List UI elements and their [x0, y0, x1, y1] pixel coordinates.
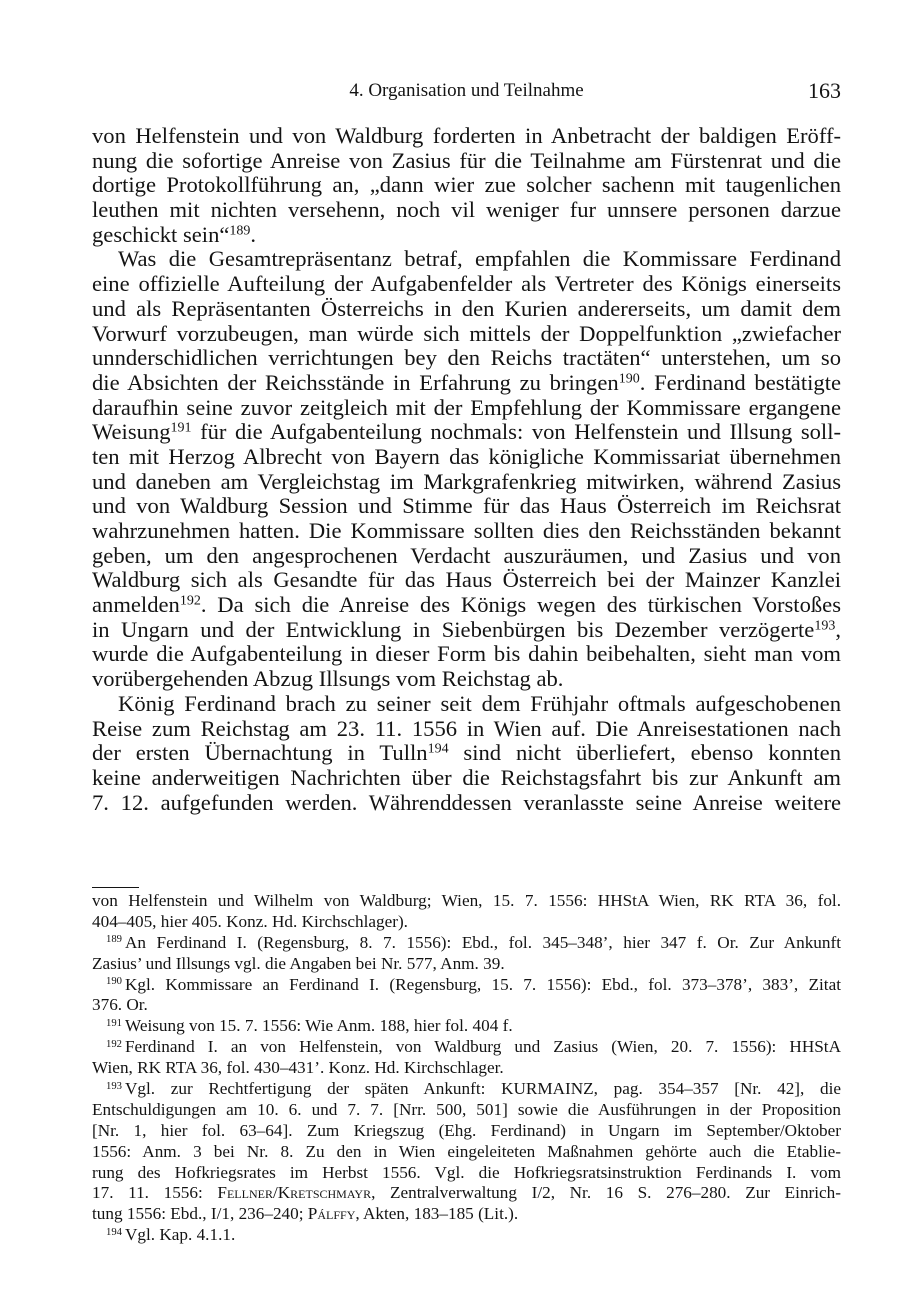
footnote-line-text: rung des Hofkriegsrates im Herbst 1556. … — [92, 1163, 841, 1182]
body-line-text: Weisung — [92, 419, 171, 444]
footnote-reference[interactable]: 192 — [180, 593, 201, 608]
body-line-text: in Ungarn und der Entwicklung in Siebenb… — [92, 617, 814, 642]
body-line: geschickt sein“189. — [92, 223, 841, 248]
body-line-text: keine anderweitigen Nachrichten über die… — [92, 765, 841, 790]
body-line-text-cont: . Da sich die Anreise des Königs wegen d… — [201, 592, 841, 617]
body-line-text: Waldburg sich als Gesandte für das Haus … — [92, 567, 841, 592]
body-line: unnderschidlichen verrichtungen bey den … — [92, 346, 841, 371]
body-line-text: die Absichten der Reichsstände in Erfahr… — [92, 370, 619, 395]
footnote-line: Zasius’ und Illsungs vgl. die Angaben be… — [92, 954, 841, 975]
footnote-line-text: [Nr. 1, hier fol. 63–64]. Zum Kriegszug … — [92, 1121, 841, 1140]
body-line: nung die sofortige Anreise von Zasius fü… — [92, 149, 841, 174]
body-line-text: und daneben am Vergleichstag im Markgraf… — [92, 469, 841, 494]
footnote-line-text: von Helfenstein und Wilhelm von Waldburg… — [92, 891, 841, 910]
body-line: anmelden192. Da sich die Anreise des Kön… — [92, 593, 841, 618]
body-line-text: wahrzunehmen hatten. Die Kommissare soll… — [92, 518, 841, 543]
body-line: Weisung191 für die Aufgabenteilung nochm… — [92, 420, 841, 445]
footnote-line: 194Vgl. Kap. 4.1.1. — [92, 1225, 841, 1246]
footnote-number: 190 — [106, 976, 122, 987]
footnote-line: 191Weisung von 15. 7. 1556: Wie Anm. 188… — [92, 1016, 841, 1037]
body-line-text: Vorwurf vorzubeugen, man würde sich mitt… — [92, 321, 841, 346]
footnote-line-text: Kgl. Kommissare an Ferdinand I. (Regensb… — [125, 975, 841, 994]
body-line: ten mit Herzog Albrecht von Bayern das k… — [92, 445, 841, 470]
footnote-reference[interactable]: 191 — [171, 421, 192, 436]
body-line: wurde die Aufgabenteilung in dieser Form… — [92, 642, 841, 667]
footnote-line: 1556: Anm. 3 bei Nr. 8. Zu den in Wien e… — [92, 1142, 841, 1163]
footnote-line: 376. Or. — [92, 995, 841, 1016]
body-line: Waldburg sich als Gesandte für das Haus … — [92, 568, 841, 593]
footnote-reference[interactable]: 189 — [229, 223, 250, 238]
page-header: 4. Organisation und Teilnahme 163 — [92, 80, 841, 106]
body-line: keine anderweitigen Nachrichten über die… — [92, 766, 841, 791]
footnote-reference[interactable]: 190 — [619, 371, 640, 386]
footnote-line-text: Weisung von 15. 7. 1556: Wie Anm. 188, h… — [125, 1016, 513, 1035]
running-title: 4. Organisation und Teilnahme — [92, 80, 841, 102]
body-line: und von Waldburg Session und Stimme für … — [92, 494, 841, 519]
footnote-line: 193Vgl. zur Rechtfertigung der späten An… — [92, 1079, 841, 1100]
body-line: eine offizielle Aufteilung der Aufgabenf… — [92, 272, 841, 297]
body-line-text: eine offizielle Aufteilung der Aufgabenf… — [92, 271, 841, 296]
footnote-line-text: 376. Or. — [92, 995, 148, 1014]
body-line-text: geben, um den angesprochenen Verdacht au… — [92, 543, 841, 568]
body-line: der ersten Übernachtung in Tulln194 sind… — [92, 741, 841, 766]
body-line-text: vorübergehenden Abzug Illsungs vom Reich… — [92, 666, 563, 691]
body-line-text: von Helfenstein und von Waldburg fordert… — [92, 123, 841, 148]
footnote-line-text: Zasius’ und Illsungs vgl. die Angaben be… — [92, 954, 505, 973]
footnotes: von Helfenstein und Wilhelm von Waldburg… — [92, 891, 841, 1246]
footnote-line-text-cont: , Zentralverwaltung I/2, Nr. 16 S. 276–2… — [371, 1183, 841, 1202]
body-line-text: König Ferdinand brach zu seiner seit dem… — [118, 691, 841, 716]
footnote-line: Entschuldigungen am 10. 6. und 7. 7. [Nr… — [92, 1100, 841, 1121]
footnote-line-text: Vgl. zur Rechtfertigung der späten Ankun… — [125, 1079, 841, 1098]
footnote-number: 189 — [106, 934, 122, 945]
body-line-text: leuthen mit nichten versehenn, noch vil … — [92, 197, 841, 222]
body-line: König Ferdinand brach zu seiner seit dem… — [92, 692, 841, 717]
page-number: 163 — [808, 78, 841, 104]
body-line: vorübergehenden Abzug Illsungs vom Reich… — [92, 667, 841, 692]
footnote-line-text: Entschuldigungen am 10. 6. und 7. 7. [Nr… — [92, 1100, 841, 1119]
body-line: dortige Protokollführung an, „dann wier … — [92, 173, 841, 198]
footnote-line: 404–405, hier 405. Konz. Hd. Kirchschlag… — [92, 912, 841, 933]
footnote-line-text: Vgl. Kap. 4.1.1. — [125, 1225, 235, 1244]
footnote-separator — [92, 887, 139, 888]
body-line-text: geschickt sein“ — [92, 222, 229, 247]
footnote-line: Wien, RK RTA 36, fol. 430–431’. Konz. Hd… — [92, 1058, 841, 1079]
footnote-line: [Nr. 1, hier fol. 63–64]. Zum Kriegszug … — [92, 1121, 841, 1142]
body-line: geben, um den angesprochenen Verdacht au… — [92, 544, 841, 569]
footnote-number: 194 — [106, 1227, 122, 1238]
body-line-text: ten mit Herzog Albrecht von Bayern das k… — [92, 444, 841, 469]
body-line-text: nung die sofortige Anreise von Zasius fü… — [92, 148, 841, 173]
body-line: in Ungarn und der Entwicklung in Siebenb… — [92, 618, 841, 643]
author-name-smallcaps: Pálffy — [308, 1204, 356, 1223]
body-line: 7. 12. aufgefunden werden. Währenddessen… — [92, 791, 841, 816]
footnote-line-text: An Ferdinand I. (Regensburg, 8. 7. 1556)… — [125, 933, 841, 952]
body-line-text: dortige Protokollführung an, „dann wier … — [92, 172, 841, 197]
footnote-line-text: 17. 11. 1556: — [92, 1183, 217, 1202]
body-line-text: wurde die Aufgabenteilung in dieser Form… — [92, 641, 841, 666]
body-line: Vorwurf vorzubeugen, man würde sich mitt… — [92, 322, 841, 347]
footnote-line-text: Wien, RK RTA 36, fol. 430–431’. Konz. Hd… — [92, 1058, 504, 1077]
body-line-text: anmelden — [92, 592, 180, 617]
body-line: und daneben am Vergleichstag im Markgraf… — [92, 470, 841, 495]
body-line-text: und von Waldburg Session und Stimme für … — [92, 493, 841, 518]
body-line-text: Was die Gesamtrepräsentanz betraf, empfa… — [118, 246, 841, 271]
body-line: die Absichten der Reichsstände in Erfahr… — [92, 371, 841, 396]
body-line: und als Repräsentanten Österreichs in de… — [92, 297, 841, 322]
body-line: daraufhin seine zuvor zeitgleich mit der… — [92, 396, 841, 421]
body-line-text: und als Repräsentanten Österreichs in de… — [92, 296, 841, 321]
body-text: von Helfenstein und von Waldburg fordert… — [92, 124, 841, 815]
footnote-line: rung des Hofkriegsrates im Herbst 1556. … — [92, 1163, 841, 1184]
body-line-text-cont: . — [250, 222, 256, 247]
footnote-number: 191 — [106, 1018, 122, 1029]
body-line-text: der ersten Übernachtung in Tulln — [92, 740, 428, 765]
body-line-text-cont: . Ferdinand bestätigte — [640, 370, 841, 395]
body-line: von Helfenstein und von Waldburg fordert… — [92, 124, 841, 149]
footnote-line: 190Kgl. Kommissare an Ferdinand I. (Rege… — [92, 975, 841, 996]
footnote-line-text: 404–405, hier 405. Konz. Hd. Kirchschlag… — [92, 912, 408, 931]
footnote-line: tung 1556: Ebd., I/1, 236–240; Pálffy, A… — [92, 1204, 841, 1225]
footnote-line-text: tung 1556: Ebd., I/1, 236–240; — [92, 1204, 308, 1223]
document-page: 4. Organisation und Teilnahme 163 von He… — [0, 0, 900, 1300]
body-line: leuthen mit nichten versehenn, noch vil … — [92, 198, 841, 223]
body-line-text: Reise zum Reichstag am 23. 11. 1556 in W… — [92, 716, 841, 741]
footnote-line: 192Ferdinand I. an von Helfenstein, von … — [92, 1037, 841, 1058]
footnote-line: 17. 11. 1556: Fellner/Kretschmayr, Zentr… — [92, 1183, 841, 1204]
footnote-number: 193 — [106, 1081, 122, 1092]
footnote-reference[interactable]: 193 — [814, 618, 835, 633]
body-line: wahrzunehmen hatten. Die Kommissare soll… — [92, 519, 841, 544]
footnote-number: 192 — [106, 1039, 122, 1050]
body-line-text: unnderschidlichen verrichtungen bey den … — [92, 345, 841, 370]
footnote-reference[interactable]: 194 — [428, 741, 449, 756]
body-line: Reise zum Reichstag am 23. 11. 1556 in W… — [92, 717, 841, 742]
footnote-line-text-cont: , Akten, 183–185 (Lit.). — [355, 1204, 518, 1223]
footnote-line-text: Ferdinand I. an von Helfenstein, von Wal… — [125, 1037, 841, 1056]
body-line-text-cont: , — [835, 617, 841, 642]
footnote-line: von Helfenstein und Wilhelm von Waldburg… — [92, 891, 841, 912]
footnote-line-text: 1556: Anm. 3 bei Nr. 8. Zu den in Wien e… — [92, 1142, 841, 1161]
footnote-line: 189An Ferdinand I. (Regensburg, 8. 7. 15… — [92, 933, 841, 954]
body-line: Was die Gesamtrepräsentanz betraf, empfa… — [92, 247, 841, 272]
body-line-text: 7. 12. aufgefunden werden. Währenddessen… — [92, 790, 841, 815]
body-line-text-cont: für die Aufgabenteilung nochmals: von He… — [192, 419, 841, 444]
body-line-text-cont: sind nicht überliefert, ebenso konnten — [449, 740, 841, 765]
body-line-text: daraufhin seine zuvor zeitgleich mit der… — [92, 395, 841, 420]
author-name-smallcaps: Fellner/Kretschmayr — [217, 1183, 371, 1202]
